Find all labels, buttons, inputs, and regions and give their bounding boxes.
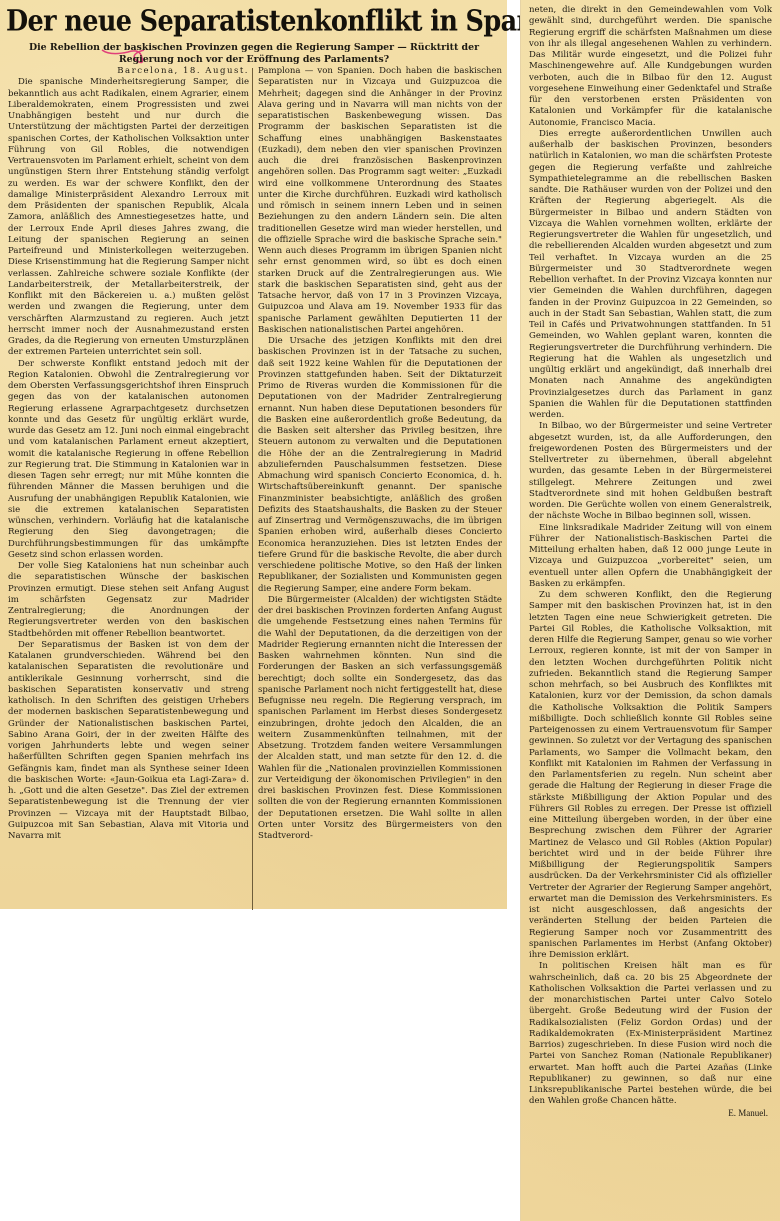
newspaper-clipping-main: Der neue Separatistenkonflikt in Spanien… (0, 0, 507, 909)
paragraph: Zu dem schweren Konflikt, den die Regier… (529, 590, 772, 961)
paragraph: Die Ursache des jetzigen Konflikts mit d… (258, 336, 502, 595)
paragraph: In Bilbao, wo der Bürgermeister und sein… (529, 421, 772, 522)
article-column-2: Pamplona — von Spanien. Doch haben die b… (258, 66, 502, 842)
paragraph: neten, die direkt in den Gemeindewahlen … (529, 5, 772, 129)
headline: Der neue Separatistenkonflikt in Spanien (6, 4, 502, 39)
newspaper-clipping-continuation: neten, die direkt in den Gemeindewahlen … (520, 0, 780, 1221)
paragraph: Dies erregte außerordentlichen Unwillen … (529, 129, 772, 422)
paragraph: Die Bürgermeister (Alcalden) der wichtig… (258, 595, 502, 843)
paragraph: Der volle Sieg Kataloniens hat nun schei… (8, 561, 249, 640)
subheadline: Die Rebellion der baskischen Provinzen g… (6, 42, 502, 66)
paragraph: Die spanische Minderheitsregierung Sampe… (8, 77, 249, 358)
paragraph: Der Separatismus der Basken ist von dem … (8, 640, 249, 843)
paragraph: In politischen Kreisen hält man es für w… (529, 961, 772, 1107)
paragraph: Der schwerste Konflikt entstand jedoch m… (8, 359, 249, 562)
article-column-3: neten, die direkt in den Gemeindewahlen … (529, 5, 772, 1119)
author-signature: E. Manuel. (529, 1108, 772, 1119)
column-rule (252, 68, 253, 910)
dateline: Barcelona, 18. August. (8, 66, 249, 77)
paragraph: Pamplona — von Spanien. Doch haben die b… (258, 66, 502, 336)
paragraph: Eine linksradikale Madrider Zeitung will… (529, 523, 772, 591)
article-column-1: Barcelona, 18. August. Die spanische Min… (8, 66, 249, 842)
